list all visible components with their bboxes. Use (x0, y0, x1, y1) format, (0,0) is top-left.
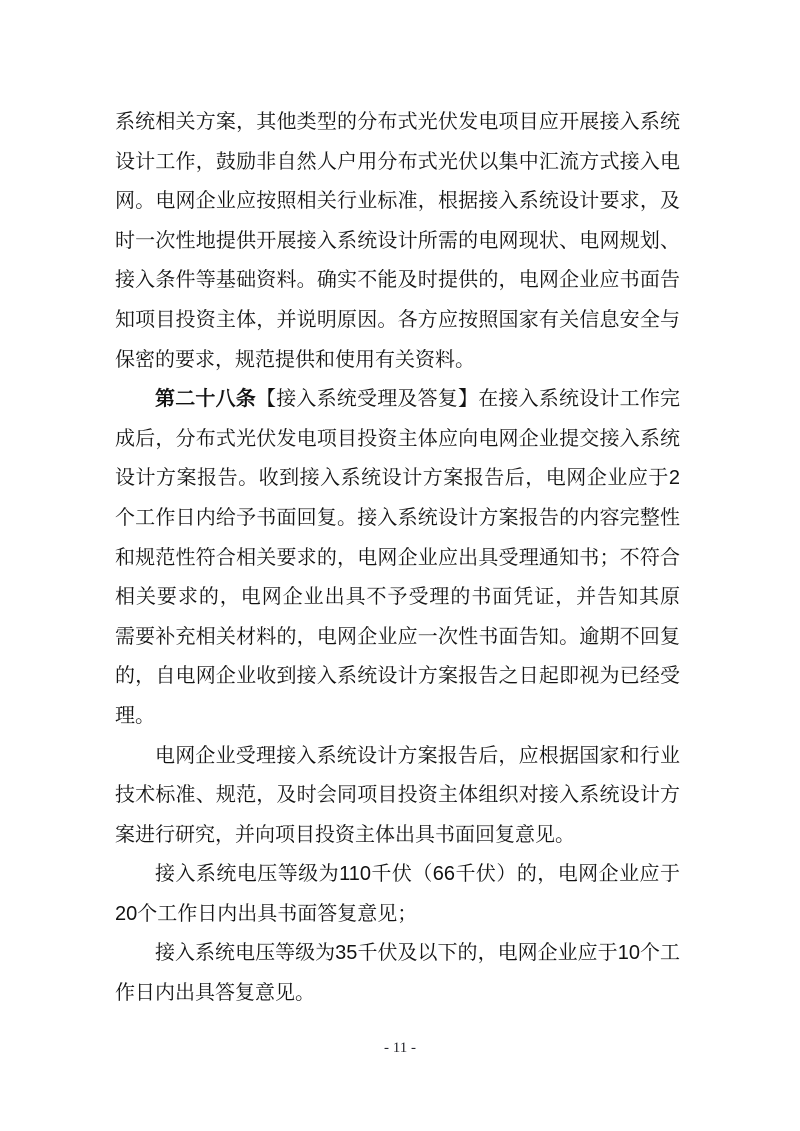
article-28-heading-line: 第二十八条【接入系统受理及答复】在接入系统设计工作完 (115, 380, 680, 420)
text-line: 个工作日内给予书面回复。接入系统设计方案报告的内容完整性 (115, 499, 680, 539)
text-line: 案进行研究，并向项目投资主体出具书面回复意见。 (115, 816, 680, 856)
text-line: 相关要求的，电网企业出具不予受理的书面凭证，并告知其原因； (115, 578, 680, 618)
text-line: 设计工作，鼓励非自然人户用分布式光伏以集中汇流方式接入电 (115, 143, 680, 183)
text-line: 接入系统电压等级为110千伏（66千伏）的，电网企业应于 (115, 855, 680, 895)
article-number-bold: 第二十八条 (155, 388, 256, 410)
text-line: 理。 (115, 697, 680, 737)
text-line: 时一次性地提供开展接入系统设计所需的电网现状、电网规划、 (115, 222, 680, 262)
text-line: 电网企业受理接入系统设计方案报告后，应根据国家和行业 (115, 737, 680, 777)
article-heading-text: 【接入系统受理及答复】在接入系统设计工作完 (256, 388, 680, 410)
document-page: 系统相关方案，其他类型的分布式光伏发电项目应开展接入系统 设计工作，鼓励非自然人… (0, 0, 800, 1131)
text-line: 和规范性符合相关要求的，电网企业应出具受理通知书；不符合 (115, 539, 680, 579)
document-body: 系统相关方案，其他类型的分布式光伏发电项目应开展接入系统 设计工作，鼓励非自然人… (115, 103, 680, 1014)
text-line: 接入条件等基础资料。确实不能及时提供的，电网企业应书面告 (115, 261, 680, 301)
text-line: 需要补充相关材料的，电网企业应一次性书面告知。逾期不回复 (115, 618, 680, 658)
text-line: 技术标准、规范，及时会同项目投资主体组织对接入系统设计方 (115, 776, 680, 816)
text-line: 保密的要求，规范提供和使用有关资料。 (115, 341, 680, 381)
text-line: 设计方案报告。收到接入系统设计方案报告后，电网企业应于2 (115, 459, 680, 499)
text-line: 知项目投资主体，并说明原因。各方应按照国家有关信息安全与 (115, 301, 680, 341)
text-line: 20个工作日内出具书面答复意见； (115, 895, 680, 935)
text-line: 作日内出具答复意见。 (115, 974, 680, 1014)
text-line: 的，自电网企业收到接入系统设计方案报告之日起即视为已经受 (115, 657, 680, 697)
text-line: 系统相关方案，其他类型的分布式光伏发电项目应开展接入系统 (115, 103, 680, 143)
page-number: - 11 - (0, 1040, 800, 1057)
text-line: 成后，分布式光伏发电项目投资主体应向电网企业提交接入系统 (115, 420, 680, 460)
text-line: 网。电网企业应按照相关行业标准，根据接入系统设计要求，及 (115, 182, 680, 222)
text-line: 接入系统电压等级为35千伏及以下的，电网企业应于10个工 (115, 934, 680, 974)
